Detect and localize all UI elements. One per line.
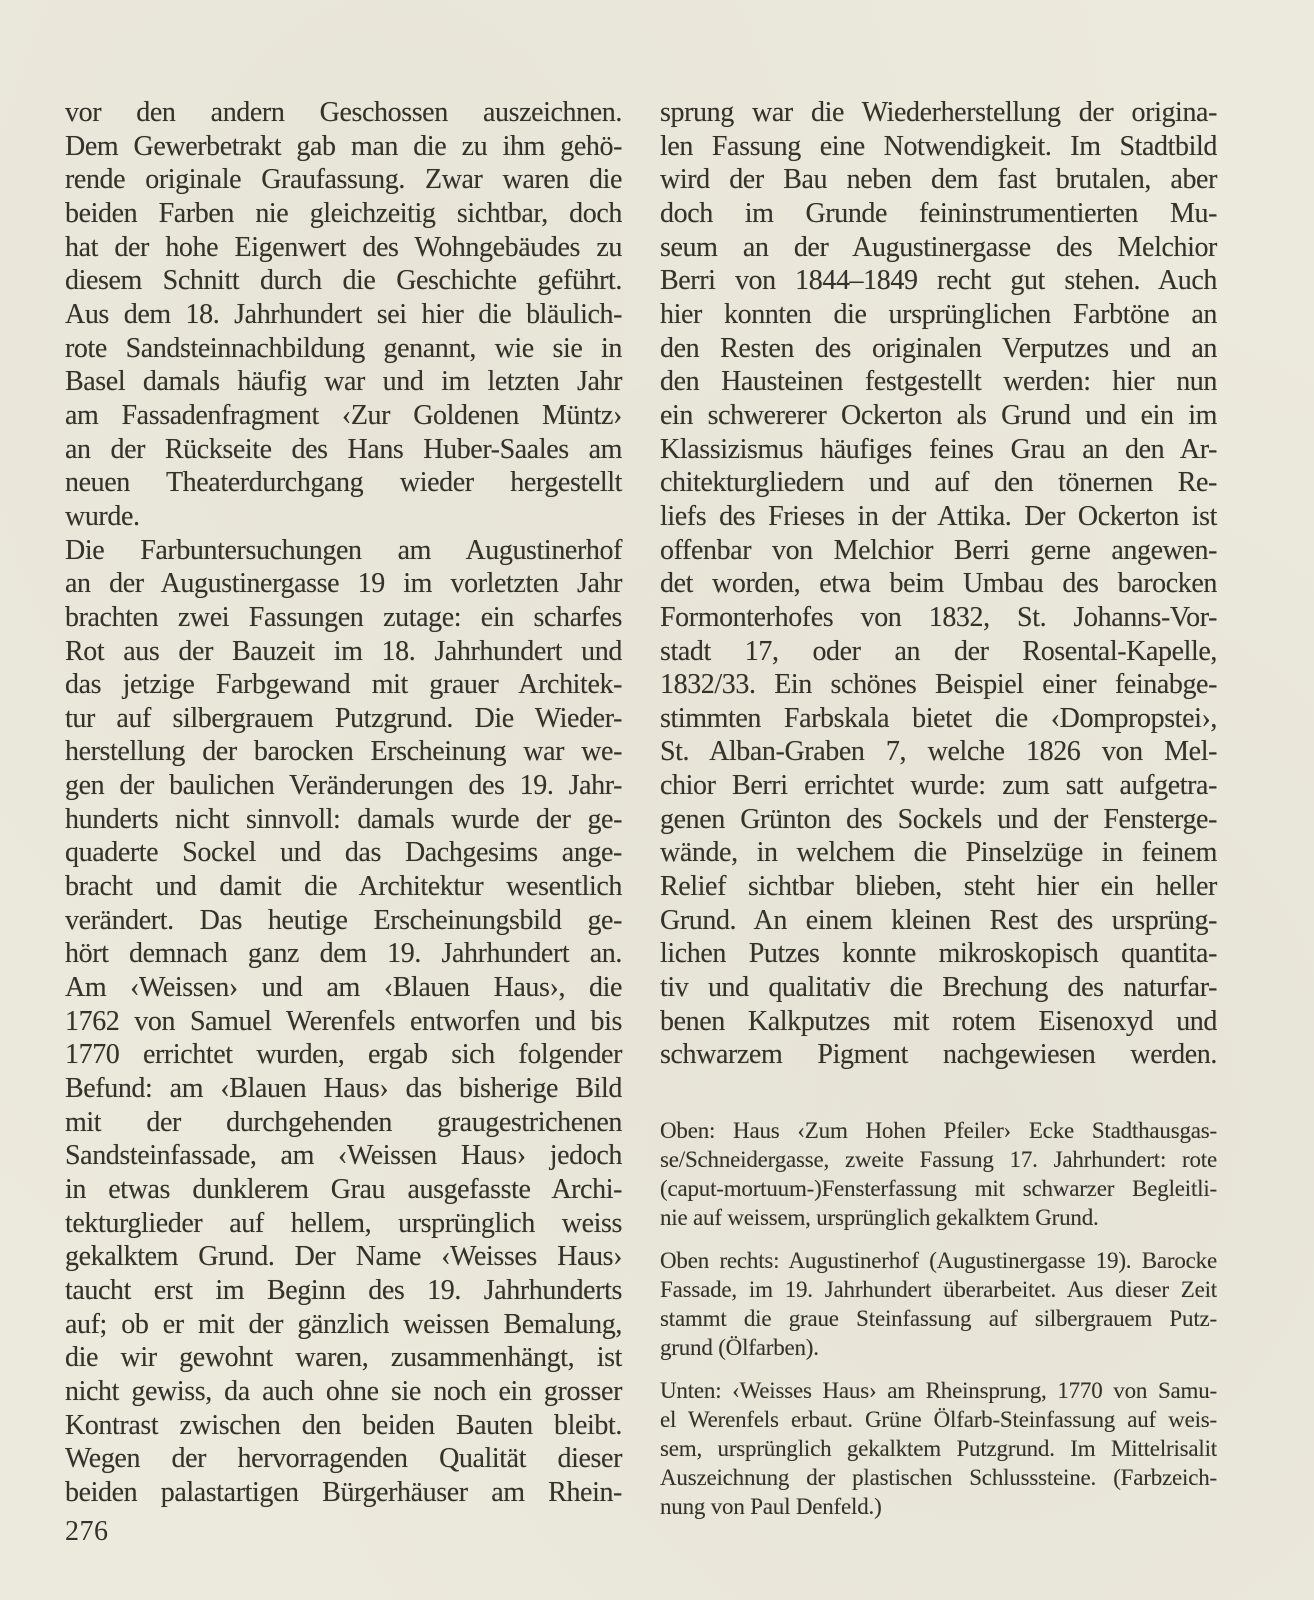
text-line: taucht erst im Beginn des 19. Jahrhunder…: [65, 1274, 622, 1308]
text-line: wurde.: [65, 500, 622, 534]
text-line: Wegen der hervorragenden Qualität dieser: [65, 1442, 622, 1476]
text-line: Aus dem 18. Jahrhundert sei hier die blä…: [65, 298, 622, 332]
text-line: mit der durchgehenden graugestrichenen: [65, 1106, 622, 1140]
text-line: nie auf weissem, ursprünglich gekalktem …: [660, 1203, 1217, 1232]
text-line: herstellung der barocken Erscheinung war…: [65, 735, 622, 769]
text-line: Oben rechts: Augustinerhof (Augustinerga…: [660, 1246, 1217, 1275]
figure-captions: Oben: Haus ‹Zum Hohen Pfeiler› Ecke Stad…: [660, 1116, 1217, 1521]
text-line: hier konnten die ursprünglichen Farbtöne…: [660, 298, 1217, 332]
text-line: Fassade, im 19. Jahrhundert überarbeitet…: [660, 1275, 1217, 1304]
text-line: doch im Grunde feininstrumentierten Mu-: [660, 197, 1217, 231]
text-line: rende originale Graufassung. Zwar waren …: [65, 163, 622, 197]
text-line: an der Augustinergasse 19 im vorletzten …: [65, 567, 622, 601]
text-line: Oben: Haus ‹Zum Hohen Pfeiler› Ecke Stad…: [660, 1116, 1217, 1145]
text-line: hört demnach ganz dem 19. Jahrhundert an…: [65, 937, 622, 971]
text-line: tiv und qualitativ die Brechung des natu…: [660, 971, 1217, 1005]
text-line: verändert. Das heutige Erscheinungsbild …: [65, 904, 622, 938]
text-line: Basel damals häufig war und im letzten J…: [65, 365, 622, 399]
text-line: len Fassung eine Notwendigkeit. Im Stadt…: [660, 130, 1217, 164]
text-line: chior Berri errichtet wurde: zum satt au…: [660, 769, 1217, 803]
text-line: Befund: am ‹Blauen Haus› das bisherige B…: [65, 1072, 622, 1106]
text-line: sprung war die Wiederherstellung der ori…: [660, 96, 1217, 130]
text-line: offenbar von Melchior Berri gerne angewe…: [660, 534, 1217, 568]
text-line: das jetzige Farbgewand mit grauer Archit…: [65, 668, 622, 702]
text-line: vor den andern Geschossen auszeichnen.: [65, 96, 622, 130]
text-line: St. Alban-Graben 7, welche 1826 von Mel-: [660, 735, 1217, 769]
text-line: schwarzem Pigment nachgewiesen werden.: [660, 1038, 1217, 1072]
text-line: tekturglieder auf hellem, ursprünglich w…: [65, 1207, 622, 1241]
text-line: ein schwererer Ockerton als Grund und ei…: [660, 399, 1217, 433]
right-text-column: sprung war die Wiederherstellung der ori…: [660, 96, 1217, 1521]
text-line: genen Grünton des Sockels und der Fenste…: [660, 803, 1217, 837]
text-line: se/Schneidergasse, zweite Fassung 17. Ja…: [660, 1145, 1217, 1174]
text-line: wird der Bau neben dem fast brutalen, ab…: [660, 163, 1217, 197]
text-line: Kontrast zwischen den beiden Bauten blei…: [65, 1409, 622, 1443]
text-line: stimmten Farbskala bietet die ‹Dompropst…: [660, 702, 1217, 736]
text-line: 1770 errichtet wurden, ergab sich folgen…: [65, 1038, 622, 1072]
text-line: el Werenfels erbaut. Grüne Ölfarb-Steinf…: [660, 1405, 1217, 1434]
text-line: stadt 17, oder an der Rosental-Kapelle,: [660, 635, 1217, 669]
text-line: den Resten des originalen Verputzes und …: [660, 332, 1217, 366]
right-main-text: sprung war die Wiederherstellung der ori…: [660, 96, 1217, 1072]
text-line: Am ‹Weissen› und am ‹Blauen Haus›, die: [65, 971, 622, 1005]
text-line: bracht und damit die Architektur wesentl…: [65, 870, 622, 904]
text-line: beiden Farben nie gleichzeitig sichtbar,…: [65, 197, 622, 231]
text-line: 1762 von Samuel Werenfels entworfen und …: [65, 1005, 622, 1039]
figure-caption: Unten: ‹Weisses Haus› am Rheinsprung, 17…: [660, 1376, 1217, 1521]
text-line: Relief sichtbar blieben, steht hier ein …: [660, 870, 1217, 904]
text-line: nicht gewiss, da auch ohne sie noch ein …: [65, 1375, 622, 1409]
text-line: Auszeichnung der plastischen Schlussstei…: [660, 1463, 1217, 1492]
text-line: Unten: ‹Weisses Haus› am Rheinsprung, 17…: [660, 1376, 1217, 1405]
text-line: hat der hohe Eigenwert des Wohngebäudes …: [65, 231, 622, 265]
text-line: Klassizismus häufiges feines Grau an den…: [660, 433, 1217, 467]
text-line: brachten zwei Fassungen zutage: ein scha…: [65, 601, 622, 635]
text-line: Rot aus der Bauzeit im 18. Jahrhundert u…: [65, 635, 622, 669]
text-line: rote Sandsteinnachbildung genannt, wie s…: [65, 332, 622, 366]
text-line: benen Kalkputzes mit rotem Eisenoxyd und: [660, 1005, 1217, 1039]
text-line: grund (Ölfarben).: [660, 1333, 1217, 1362]
text-line: Berri von 1844–1849 recht gut stehen. Au…: [660, 264, 1217, 298]
text-line: Dem Gewerbetrakt gab man die zu ihm gehö…: [65, 130, 622, 164]
text-line: Grund. An einem kleinen Rest des ursprün…: [660, 904, 1217, 938]
text-line: neuen Theaterdurchgang wieder hergestell…: [65, 466, 622, 500]
book-page: vor den andern Geschossen auszeichnen.De…: [0, 0, 1314, 1600]
text-line: stammt die graue Steinfassung auf silber…: [660, 1304, 1217, 1333]
text-line: am Fassadenfragment ‹Zur Goldenen Müntz›: [65, 399, 622, 433]
text-line: lichen Putzes konnte mikroskopisch quant…: [660, 937, 1217, 971]
text-line: Die Farbuntersuchungen am Augustinerhof: [65, 534, 622, 568]
left-text-column: vor den andern Geschossen auszeichnen.De…: [65, 96, 622, 1510]
text-line: det worden, etwa beim Umbau des barocken: [660, 567, 1217, 601]
figure-caption: Oben rechts: Augustinerhof (Augustinerga…: [660, 1246, 1217, 1362]
text-line: Sandsteinfassade, am ‹Weissen Haus› jedo…: [65, 1139, 622, 1173]
text-line: quaderte Sockel und das Dachgesims ange-: [65, 836, 622, 870]
text-line: chitekturgliedern und auf den tönernen R…: [660, 466, 1217, 500]
text-line: seum an der Augustinergasse des Melchior: [660, 231, 1217, 265]
text-line: die wir gewohnt waren, zusammenhängt, is…: [65, 1341, 622, 1375]
text-line: auf; ob er mit der gänzlich weissen Bema…: [65, 1308, 622, 1342]
text-line: gen der baulichen Veränderungen des 19. …: [65, 769, 622, 803]
text-line: 1832/33. Ein schönes Beispiel einer fein…: [660, 668, 1217, 702]
text-line: gekalktem Grund. Der Name ‹Weisses Haus›: [65, 1240, 622, 1274]
text-line: Formonterhofes von 1832, St. Johanns-Vor…: [660, 601, 1217, 635]
text-line: liefs des Frieses in der Attika. Der Ock…: [660, 500, 1217, 534]
text-line: hunderts nicht sinnvoll: damals wurde de…: [65, 803, 622, 837]
text-line: sem, ursprünglich gekalktem Putzgrund. I…: [660, 1434, 1217, 1463]
text-line: an der Rückseite des Hans Huber-Saales a…: [65, 433, 622, 467]
text-line: (caput-mortuum-)Fensterfassung mit schwa…: [660, 1174, 1217, 1203]
text-line: nung von Paul Denfeld.): [660, 1492, 1217, 1521]
text-line: tur auf silbergrauem Putzgrund. Die Wied…: [65, 702, 622, 736]
page-number: 276: [65, 1516, 109, 1548]
text-line: diesem Schnitt durch die Geschichte gefü…: [65, 264, 622, 298]
figure-caption: Oben: Haus ‹Zum Hohen Pfeiler› Ecke Stad…: [660, 1116, 1217, 1232]
text-line: in etwas dunklerem Grau ausgefasste Arch…: [65, 1173, 622, 1207]
text-line: den Hausteinen festgestellt werden: hier…: [660, 365, 1217, 399]
text-line: beiden palastartigen Bürgerhäuser am Rhe…: [65, 1476, 622, 1510]
text-line: wände, in welchem die Pinselzüge in fein…: [660, 836, 1217, 870]
